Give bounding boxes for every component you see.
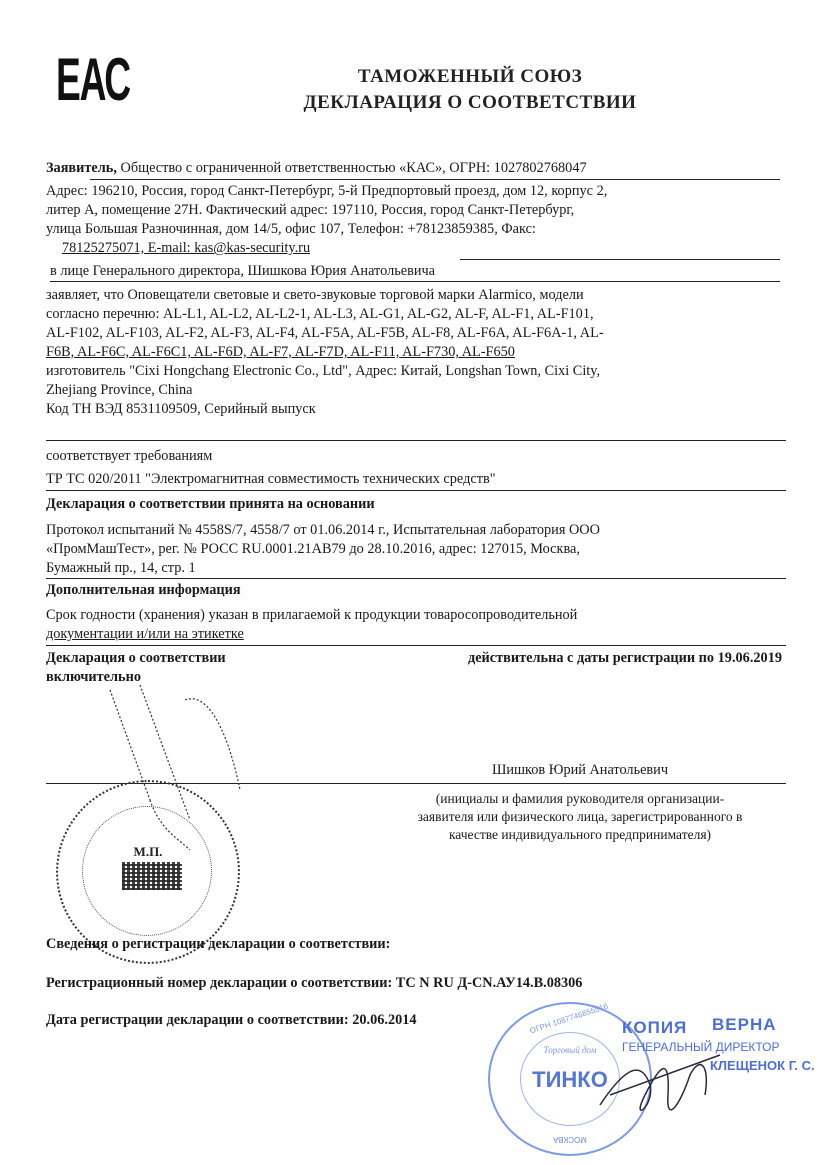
certifier-signature-icon [590,1035,730,1135]
additional-line-1: Срок годности (хранения) указан в прилаг… [46,607,786,624]
registration-number-label: Регистрационный номер декларации о соотв… [46,975,392,991]
stamp-city: МОСКВА [490,1135,650,1144]
basis-line-1: Протокол испытаний № 4558S/7, 4558/7 от … [46,522,786,539]
signatory-name: Шишков Юрий Анатольевич [360,762,800,779]
signatory-caption-2: заявителя или физического лица, зарегист… [360,808,800,825]
applicant-representative: в лице Генерального директора, Шишкова Ю… [50,263,790,280]
divider [46,645,786,646]
basis-label: Декларация о соответствии принята на осн… [46,496,786,513]
applicant-line-1: Заявитель, Общество с ограниченной ответ… [46,160,786,177]
basis-line-3: Бумажный пр., 14, стр. 1 [46,560,786,577]
applicant-address-1: Адрес: 196210, Россия, город Санкт-Петер… [46,183,786,200]
declares-models-3: F6B, AL-F6C, AL-F6C1, AL-F6D, AL-F7, AL-… [46,344,786,361]
divider [460,259,780,260]
copy-label-2: ВЕРНА [712,1015,777,1035]
valid-until-date: 19.06.2019 [718,650,782,666]
registration-date-label: Дата регистрации декларации о соответств… [46,1012,349,1028]
document-title: ДЕКЛАРАЦИЯ О СООТВЕТСТВИИ [180,92,760,114]
divider [46,490,786,491]
stamp-ogrn: ОГРН 1087746855516 [529,1002,610,1036]
union-title: ТАМОЖЕННЫЙ СОЮЗ [180,66,760,88]
eac-logo: ЕАС [56,50,130,110]
declares-models-2: AL-F102, AL-F103, AL-F2, AL-F3, AL-F4, A… [46,325,786,342]
validity-text-a: Декларация о соответствии [46,650,226,667]
validity-text-b: действительна с даты регистрации по [468,650,714,666]
additional-label: Дополнительная информация [46,582,786,599]
basis-line-2: «ПромМашТест», рег. № РОСС RU.0001.21АВ7… [46,541,786,558]
regulation: ТР ТС 020/2011 "Электромагнитная совмест… [46,471,786,488]
divider [90,179,780,180]
stamp-emblem-icon [122,862,182,890]
signatory-caption-3: качестве индивидуального предпринимателя… [360,826,800,843]
divider [46,440,786,441]
applicant-address-3: улица Большая Разночинная, дом 14/5, офи… [46,221,786,238]
registration-date: 20.06.2014 [352,1012,416,1028]
declares-models-1: согласно перечню: AL-L1, AL-L2, AL-L2-1,… [46,306,786,323]
applicant-signature-icon [90,680,270,860]
applicant-name: Общество с ограниченной ответственностью… [121,160,587,176]
applicant-label: Заявитель, [46,160,117,176]
declares-line-1: заявляет, что Оповещатели световые и све… [46,287,786,304]
divider [46,578,786,579]
registration-label: Сведения о регистрации декларации о соот… [46,936,786,953]
registration-number: ТС N RU Д-CN.АУ14.В.08306 [396,975,583,991]
applicant-contacts: 78125275071, E-mail: kas@kas-security.ru [62,240,802,257]
applicant-address-2: литер А, помещение 27Н. Фактический адре… [46,202,786,219]
hs-code: Код ТН ВЭД 8531109509, Серийный выпуск [46,401,786,418]
signatory-caption-1: (инициалы и фамилия руководителя организ… [360,790,800,807]
registration-number-line: Регистрационный номер декларации о соотв… [46,975,786,992]
additional-line-2: документации и/или на этикетке [46,626,786,643]
validity-line: Декларация о соответствии действительна … [46,650,782,667]
manufacturer: изготовитель "Cixi Hongchang Electronic … [46,363,786,380]
divider [50,281,780,282]
compliance-label: соответствует требованиям [46,448,786,465]
manufacturer-province: Zhejiang Province, China [46,382,786,399]
